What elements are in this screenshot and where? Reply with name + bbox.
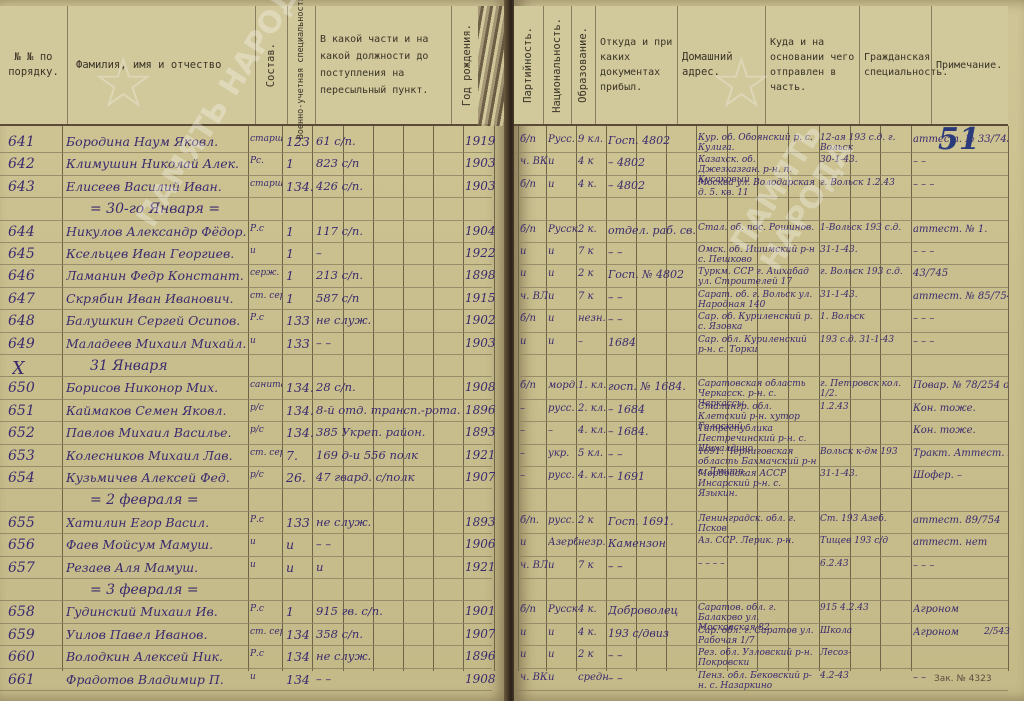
- cell-from: – –: [608, 246, 696, 259]
- cell-from: 193 с/двиз: [608, 627, 696, 640]
- cell-rank: ст. серж.: [250, 448, 282, 458]
- table-row: –укр.5 кл.– –1691. Черниговская область …: [514, 446, 1008, 468]
- cell-name: Резаев Аля Мамуш.: [66, 560, 248, 575]
- cell-dest: Лесоз-: [820, 648, 910, 658]
- cell-unit: – –: [316, 336, 462, 350]
- cell-year: 1901: [465, 604, 495, 618]
- cell-name: Уилов Павел Иванов.: [66, 627, 248, 642]
- cell-name: Ламанин Федр Констант.: [66, 268, 248, 283]
- cell-nation: –: [548, 425, 578, 436]
- cell-party: –: [520, 403, 548, 414]
- date-header: 31 Января: [90, 358, 168, 374]
- cell-nation: морд.: [548, 380, 578, 391]
- cell-edu: 4. кл.: [578, 425, 608, 436]
- cell-party: ч. ВКП(б): [520, 156, 548, 167]
- table-row: 653Колесников Михаил Лав.ст. серж.7.169 …: [0, 446, 492, 468]
- cell-name: Фрадотов Владимир П.: [66, 672, 248, 687]
- blank-row: [514, 490, 1008, 512]
- cell-note: – – –: [913, 313, 1008, 324]
- cell-num: 660: [8, 649, 60, 665]
- cell-addr: Сар. обл. г. Саратов ул. Рабочая 1/7: [698, 626, 818, 646]
- table-row: 641Бородина Наум Яковл.старш.12361 с/п.1…: [0, 132, 492, 154]
- cell-nation: и: [548, 179, 578, 190]
- cell-dest: 6.2.43: [820, 559, 910, 569]
- cell-vus: 133: [286, 313, 314, 328]
- header-num: № № по порядку.: [0, 6, 68, 124]
- cell-name: Кузьмичев Алексей Фед.: [66, 470, 248, 485]
- table-row: –русс.2. кл.– 1684Сталингр. обл. Клетски…: [514, 401, 1008, 423]
- cell-vus: 7.: [286, 448, 314, 463]
- cell-num: 641: [8, 134, 60, 150]
- cell-edu: –: [578, 336, 608, 347]
- cell-edu: 7 к: [578, 246, 608, 257]
- cell-rank: старш.: [250, 179, 282, 189]
- cell-from: – –: [608, 313, 696, 326]
- cell-addr: Рез. обл. Узловский р-н. Покровски: [698, 648, 818, 668]
- cell-name: Скрябин Иван Иванович.: [66, 291, 248, 306]
- table-row: 643Елисеев Василий Иван.старш.134.426 с/…: [0, 177, 492, 199]
- cell-rank: и: [250, 246, 282, 256]
- cell-addr: Туркм. ССР г. Ашхабад ул. Строителей 17: [698, 267, 818, 287]
- cell-num: 651: [8, 403, 60, 419]
- cell-from: госп. № 1684.: [608, 380, 696, 393]
- cell-from: Камензон: [608, 537, 696, 550]
- cell-party: –: [520, 425, 548, 436]
- blank-row: [514, 356, 1008, 378]
- cell-nation: и: [548, 291, 578, 302]
- cell-rank: ст. серж.: [250, 627, 282, 637]
- table-row: 652Павлов Михаил Василье.р/с134.385 Укре…: [0, 423, 492, 445]
- cell-edu: 4 к.: [578, 179, 608, 190]
- cell-nation: Русск.: [548, 604, 578, 615]
- cell-unit: не служ.: [316, 313, 462, 327]
- cell-party: ч. ВКП(б): [520, 672, 548, 683]
- cell-dest: 31-1-43.: [820, 469, 910, 479]
- cell-dest: 1.2.43: [820, 402, 910, 412]
- cell-name: Климушин Николай Алек.: [66, 156, 248, 171]
- cell-party: б/п: [520, 604, 548, 615]
- cell-note: аттест. 89/754: [913, 515, 1008, 526]
- cell-party: и: [520, 627, 548, 638]
- cell-name: Никулов Александр Фёдор.: [66, 224, 248, 239]
- header-dest: Куда и на основании чего отправлен в час…: [766, 6, 860, 124]
- table-row: 650Борисов Никонор Мих.санитар.134.28 с/…: [0, 378, 492, 400]
- cell-year: 1919: [465, 134, 495, 148]
- cell-nation: Русск.: [548, 224, 578, 235]
- cell-from: – –: [608, 448, 696, 461]
- cell-year: 1903: [465, 336, 495, 350]
- cell-rank: старш.: [250, 134, 282, 144]
- cell-year: 1902: [465, 313, 495, 327]
- table-row: 658Гудинский Михаил Ив.Р.с1915 гв. с/п.1…: [0, 602, 492, 624]
- cell-party: и: [520, 649, 548, 660]
- cell-unit: –: [316, 246, 462, 260]
- table-row: ч. ВЛКСМи7 к– –Сарат. об. г. Вольск ул. …: [514, 289, 1008, 311]
- cell-party: и: [520, 336, 548, 347]
- table-row: ч. ВЛКСМи7 к– –– – – –6.2.43– – –: [514, 558, 1008, 580]
- cell-party: б/п: [520, 224, 548, 235]
- cell-dest: 12-ая 193 с.д. г. Вольск: [820, 133, 910, 153]
- table-row: 646Ламанин Федр Констант.серж.1213 с/п.1…: [0, 266, 492, 288]
- table-row: 644Никулов Александр Фёдор.Р.с1117 с/п.1…: [0, 222, 492, 244]
- cell-name: Фаев Мойсум Мамуш.: [66, 537, 248, 552]
- cell-vus: 134.: [286, 380, 314, 395]
- cell-unit: 213 с/п.: [316, 268, 462, 282]
- cell-party: б/п: [520, 179, 548, 190]
- cell-unit: – –: [316, 537, 462, 551]
- cell-dest: 4.2-43: [820, 671, 910, 681]
- cell-addr: Аз. ССР. Лерик. р-н.: [698, 536, 818, 546]
- cell-edu: средн.: [578, 672, 608, 683]
- cell-note: 43/745: [913, 268, 1008, 279]
- cell-year: 1904: [465, 224, 495, 238]
- cell-from: – 1691: [608, 470, 696, 483]
- cell-name: Гудинский Михаил Ив.: [66, 604, 248, 619]
- table-row: б/пРусск.4 к.ДоброволецСаратов. обл. г. …: [514, 602, 1008, 624]
- cell-from: – 1684.: [608, 425, 696, 438]
- cell-note: – – –: [913, 336, 1008, 347]
- cell-year: 1896: [465, 649, 495, 663]
- cell-vus: и: [286, 560, 314, 575]
- cell-vus: 134.: [286, 403, 314, 418]
- cell-nation: укр.: [548, 448, 578, 459]
- cell-party: б/п.: [520, 515, 548, 526]
- cell-from: – –: [608, 291, 696, 304]
- cell-from: Госп. 1691.: [608, 515, 696, 528]
- left-header-band: № № по порядку. Фамилия, имя и отчество …: [0, 6, 490, 126]
- table-row: 657Резаев Аля Мамуш.иии1921: [0, 558, 492, 580]
- cell-nation: русс.: [548, 470, 578, 481]
- cell-name: Ксельцев Иван Георгиев.: [66, 246, 248, 261]
- cell-unit: 915 гв. с/п.: [316, 604, 462, 618]
- cell-vus: 1: [286, 246, 314, 261]
- table-row: ии7 к– –Омск. об. Ишимский р-н с. Пешков…: [514, 244, 1008, 266]
- cell-edu: 4 к: [578, 156, 608, 167]
- cell-edu: 2 к: [578, 649, 608, 660]
- cell-rank: р/с: [250, 470, 282, 480]
- cell-num: 644: [8, 224, 60, 240]
- cell-rank: Р.с: [250, 649, 282, 659]
- cell-vus: 133: [286, 515, 314, 530]
- right-grid: б/пРусс.9 кл.Госп. 4802Кур. об. Обоянски…: [514, 126, 1008, 671]
- cell-nation: и: [548, 649, 578, 660]
- cell-edu: 5 кл.: [578, 448, 608, 459]
- cell-dest: г. Вольск 1.2.43: [820, 178, 910, 188]
- cell-unit: не служ.: [316, 515, 462, 529]
- table-row: ии–1684Сар. обл. Куриленский р-н. с. Тор…: [514, 334, 1008, 356]
- header-addr: Домашний адрес.: [678, 6, 766, 124]
- cell-dest: 193 с.д. 31-1-43: [820, 335, 910, 345]
- cell-nation: и: [548, 268, 578, 279]
- cell-edu: 9 кл.: [578, 134, 608, 145]
- cell-unit: 28 с/п.: [316, 380, 462, 394]
- cell-vus: 133: [286, 336, 314, 351]
- cell-rank: Рс.: [250, 156, 282, 166]
- date-header: = 30-го Января =: [90, 201, 220, 217]
- cell-from: отдел. раб. св. 13: [608, 224, 696, 237]
- header-rank: Состав.: [256, 6, 288, 124]
- cell-unit: – –: [316, 672, 462, 686]
- date-header: = 2 февраля =: [90, 492, 199, 508]
- cell-num: 649: [8, 336, 60, 352]
- date-separator-row: = 2 февраля =: [0, 490, 492, 512]
- cell-name: Колесников Михаил Лав.: [66, 448, 248, 463]
- cell-num: 661: [8, 672, 60, 688]
- cell-party: –: [520, 448, 548, 459]
- cell-party: ч. ВЛКСМ: [520, 291, 548, 302]
- table-row: б/пРусс.9 кл.Госп. 4802Кур. об. Обоянски…: [514, 132, 1008, 154]
- table-row: ии2 кГосп. № 4802Туркм. ССР г. Ашхабад у…: [514, 266, 1008, 288]
- cell-note: – –: [913, 156, 1008, 167]
- cell-party: б/п: [520, 134, 548, 145]
- cell-dest: 1-Вольск 193 с.д.: [820, 223, 910, 233]
- cell-vus: 1: [286, 156, 314, 171]
- blank-row: [514, 580, 1008, 602]
- table-row: 660Володкин Алексей Ник.Р.с134не служ.18…: [0, 647, 492, 669]
- cell-year: 1921: [465, 448, 495, 462]
- table-row: ии2 к– –Рез. обл. Узловский р-н. Покровс…: [514, 647, 1008, 669]
- cell-note: – – –: [913, 179, 1008, 190]
- cell-year: 1896: [465, 403, 495, 417]
- cell-unit: 426 с/п.: [316, 179, 462, 193]
- cell-dest: 915 4.2.43: [820, 603, 910, 613]
- table-row: 649Маладеев Михаил Михайл.и133– –1903: [0, 334, 492, 356]
- header-note: Примечание.: [932, 6, 1008, 124]
- cell-party: и: [520, 537, 548, 548]
- cell-rank: и: [250, 336, 282, 346]
- cell-edu: 4. кл.: [578, 470, 608, 481]
- cell-edu: 7 к: [578, 291, 608, 302]
- cell-year: 1922: [465, 246, 495, 260]
- cell-unit: 358 с/п.: [316, 627, 462, 641]
- cell-vus: 134: [286, 649, 314, 664]
- cell-dest: Школа: [820, 626, 910, 636]
- cell-note: – – –: [913, 246, 1008, 257]
- cell-dest: г. Вольск 193 с.д.: [820, 267, 910, 277]
- cell-unit: и: [316, 560, 462, 574]
- header-nation: Национальность.: [544, 6, 572, 124]
- date-separator-row: 31 ЯнваряХ: [0, 356, 492, 378]
- cell-dest: Ст. 193 Азеб.: [820, 514, 910, 524]
- cell-vus: 134.: [286, 179, 314, 194]
- table-row: 647Скрябин Иван Иванович.ст. серж.1587 с…: [0, 289, 492, 311]
- cell-unit: не служ.: [316, 649, 462, 663]
- cell-rank: санитар.: [250, 380, 282, 390]
- cell-dest: г. Петровск кол. 1/2.: [820, 379, 910, 399]
- cell-edu: 4 к.: [578, 627, 608, 638]
- cell-nation: и: [548, 156, 578, 167]
- cell-note: Кон. тоже.: [913, 403, 1008, 414]
- cell-from: – 4802: [608, 156, 696, 169]
- cell-year: 1921: [465, 560, 495, 574]
- cell-party: б/п: [520, 380, 548, 391]
- cell-dest: 1. Вольск: [820, 312, 910, 322]
- cell-vus: 26.: [286, 470, 314, 485]
- cell-rank: серж.: [250, 268, 282, 278]
- cell-num: 643: [8, 179, 60, 195]
- table-row: б/пи4 к.– 4802Москва ул. Володарская д. …: [514, 177, 1008, 199]
- margin-note: 2/543: [984, 627, 1010, 637]
- cell-rank: р/с: [250, 425, 282, 435]
- table-row: б/пинезн.– –Сар. об. Куриленский р. с. Я…: [514, 311, 1008, 333]
- cell-edu: 4 к.: [578, 604, 608, 615]
- blank-row: [514, 199, 1008, 221]
- table-row: ––4. кл.– 1684.Татреспублика Пестречинск…: [514, 423, 1008, 445]
- cell-rank: ст. серж.: [250, 291, 282, 301]
- cell-nation: и: [548, 560, 578, 571]
- cell-addr: Пенз. обл. Бековский р-н. с. Назаркино: [698, 671, 818, 691]
- cell-name: Павлов Михаил Василье.: [66, 425, 248, 440]
- cell-edu: незр.: [578, 537, 608, 548]
- cell-from: – –: [608, 560, 696, 573]
- cell-num: 653: [8, 448, 60, 464]
- cell-addr: Кур. об. Обоянский р. с. Кулига.: [698, 133, 818, 153]
- cell-nation: и: [548, 627, 578, 638]
- cell-dest: 31-1-43.: [820, 290, 910, 300]
- cell-edu: 2 к: [578, 268, 608, 279]
- header-unit: В какой части и на какой должности до по…: [316, 6, 452, 124]
- cell-vus: 134: [286, 672, 314, 687]
- cell-addr: Омск. об. Ишимский р-н с. Пешково: [698, 245, 818, 265]
- print-order-number: Зак. № 4323: [934, 674, 992, 684]
- cell-party: ч. ВЛКСМ: [520, 560, 548, 571]
- cell-note: Тракт. Аттест. № 80/753 30-1-43.: [913, 448, 1008, 459]
- margin-mark: Х: [12, 358, 25, 379]
- cell-from: – –: [608, 649, 696, 662]
- cell-edu: 7 к: [578, 560, 608, 571]
- cell-nation: и: [548, 313, 578, 324]
- cell-year: 1903: [465, 179, 495, 193]
- cell-num: 656: [8, 537, 60, 553]
- cell-num: 652: [8, 425, 60, 441]
- cell-from: – 1684: [608, 403, 696, 416]
- cell-nation: и: [548, 336, 578, 347]
- header-party: Партийность.: [514, 6, 544, 124]
- cell-num: 657: [8, 560, 60, 576]
- cell-note: Шофер. –: [913, 470, 1008, 481]
- cell-num: 642: [8, 156, 60, 172]
- cell-year: 1898: [465, 268, 495, 282]
- date-separator-row: = 3 февраля =: [0, 580, 492, 602]
- cell-note: Повар. № 78/254 от 30/I.: [913, 380, 1008, 391]
- cell-edu: незн.: [578, 313, 608, 324]
- table-row: 661Фрадотов Владимир П.и134– –1908: [0, 670, 492, 692]
- table-row: ии4 к.193 с/двизСар. обл. г. Саратов ул.…: [514, 625, 1008, 647]
- cell-addr: – – – –: [698, 559, 818, 569]
- cell-from: – 4802: [608, 179, 696, 192]
- cell-from: Доброволец: [608, 604, 696, 617]
- table-row: –русс.4. кл.– 1691Мордовская АССР Инсарс…: [514, 468, 1008, 490]
- table-row: 655Хатилин Егор Васил.Р.с133не служ.1893: [0, 513, 492, 535]
- right-page: Партийность. Национальность. Образование…: [514, 0, 1024, 701]
- cell-nation: и: [548, 672, 578, 683]
- cell-edu: 2. кл.: [578, 403, 608, 414]
- cell-dest: Тищев 193 с/д: [820, 536, 910, 546]
- cell-note: Агроном: [913, 604, 1008, 615]
- cell-year: 1908: [465, 380, 495, 394]
- cell-num: 647: [8, 291, 60, 307]
- cell-name: Балушкин Сергей Осипов.: [66, 313, 248, 328]
- cell-unit: 169 д-и 556 полк: [316, 448, 462, 462]
- table-row: иАзерб.незр.КамензонАз. ССР. Лерик. р-н.…: [514, 535, 1008, 557]
- cell-num: 659: [8, 627, 60, 643]
- cell-year: 1906: [465, 537, 495, 551]
- cell-vus: 134.: [286, 425, 314, 440]
- cell-nation: русс.: [548, 515, 578, 526]
- cell-from: 1684: [608, 336, 696, 349]
- cell-party: –: [520, 470, 548, 481]
- cell-year: 1908: [465, 672, 495, 686]
- cell-name: Каймаков Семен Яковл.: [66, 403, 248, 418]
- cell-name: Борисов Никонор Мих.: [66, 380, 248, 395]
- cell-year: 1893: [465, 425, 495, 439]
- cell-note: Кон. тоже.: [913, 425, 1008, 436]
- right-header-band: Партийность. Национальность. Образование…: [514, 6, 1008, 126]
- cell-num: 655: [8, 515, 60, 531]
- header-from: Откуда и при каких документах прибыл.: [596, 6, 678, 124]
- cell-addr: Москва ул. Володарская д. 5. кв. 11: [698, 178, 818, 198]
- table-row: б/пРусск.2 к.отдел. раб. св. 13Стал. об.…: [514, 222, 1008, 244]
- cell-unit: 117 с/п.: [316, 224, 462, 238]
- cell-rank: Р.с: [250, 515, 282, 525]
- cell-unit: 385 Укреп. район.: [316, 425, 462, 439]
- cell-year: 1907: [465, 627, 495, 641]
- cell-rank: Р.с: [250, 313, 282, 323]
- cell-nation: Азерб.: [548, 537, 578, 548]
- left-grid: 641Бородина Наум Яковл.старш.12361 с/п.1…: [0, 126, 492, 671]
- cell-name: Елисеев Василий Иван.: [66, 179, 248, 194]
- header-civil: Гражданская специальность.: [860, 6, 932, 124]
- cell-rank: и: [250, 672, 282, 682]
- cell-edu: 2 к.: [578, 224, 608, 235]
- cell-addr: Сарат. об. г. Вольск ул. Народная 140: [698, 290, 818, 310]
- cell-num: 645: [8, 246, 60, 262]
- cell-name: Бородина Наум Яковл.: [66, 134, 248, 149]
- header-edu: Образование.: [572, 6, 596, 124]
- cell-nation: Русс.: [548, 134, 578, 145]
- cell-name: Маладеев Михаил Михайл.: [66, 336, 248, 351]
- cell-name: Хатилин Егор Васил.: [66, 515, 248, 530]
- date-separator-row: = 30-го Января =: [0, 199, 492, 221]
- cell-addr: Стал. об. пос. Рошинов.: [698, 223, 818, 233]
- cell-rank: и: [250, 537, 282, 547]
- cell-vus: 123: [286, 134, 314, 149]
- cell-vus: 1: [286, 291, 314, 306]
- header-name: Фамилия, имя и отчество: [68, 6, 256, 124]
- cell-from: Госп. № 4802: [608, 268, 696, 281]
- cell-num: 648: [8, 313, 60, 329]
- table-row: б/пморд.1. кл.госп. № 1684.Саратовская о…: [514, 378, 1008, 400]
- cell-nation: и: [548, 246, 578, 257]
- cell-num: 650: [8, 380, 60, 396]
- header-vus: Военно-учетная специальность.: [288, 6, 316, 124]
- cell-rank: и: [250, 560, 282, 570]
- cell-unit: 823 с/п: [316, 156, 462, 170]
- cell-vus: и: [286, 537, 314, 552]
- cell-rank: Р.с: [250, 604, 282, 614]
- cell-unit: 47 гвард. с/полк: [316, 470, 462, 484]
- cell-unit: 8-й отд. трансп.-рота.: [316, 403, 462, 417]
- cell-vus: 1: [286, 268, 314, 283]
- cell-note: аттест. нет: [913, 537, 1008, 548]
- cell-from: Госп. 4802: [608, 134, 696, 147]
- page-number: 51: [938, 122, 980, 157]
- table-row: 645Ксельцев Иван Георгиев.и1–1922: [0, 244, 492, 266]
- cell-dest: 30-1-43.: [820, 155, 910, 165]
- left-page: № № по порядку. Фамилия, имя и отчество …: [0, 0, 508, 701]
- cell-edu: 2 к: [578, 515, 608, 526]
- cell-note: аттест. № 1.: [913, 224, 1008, 235]
